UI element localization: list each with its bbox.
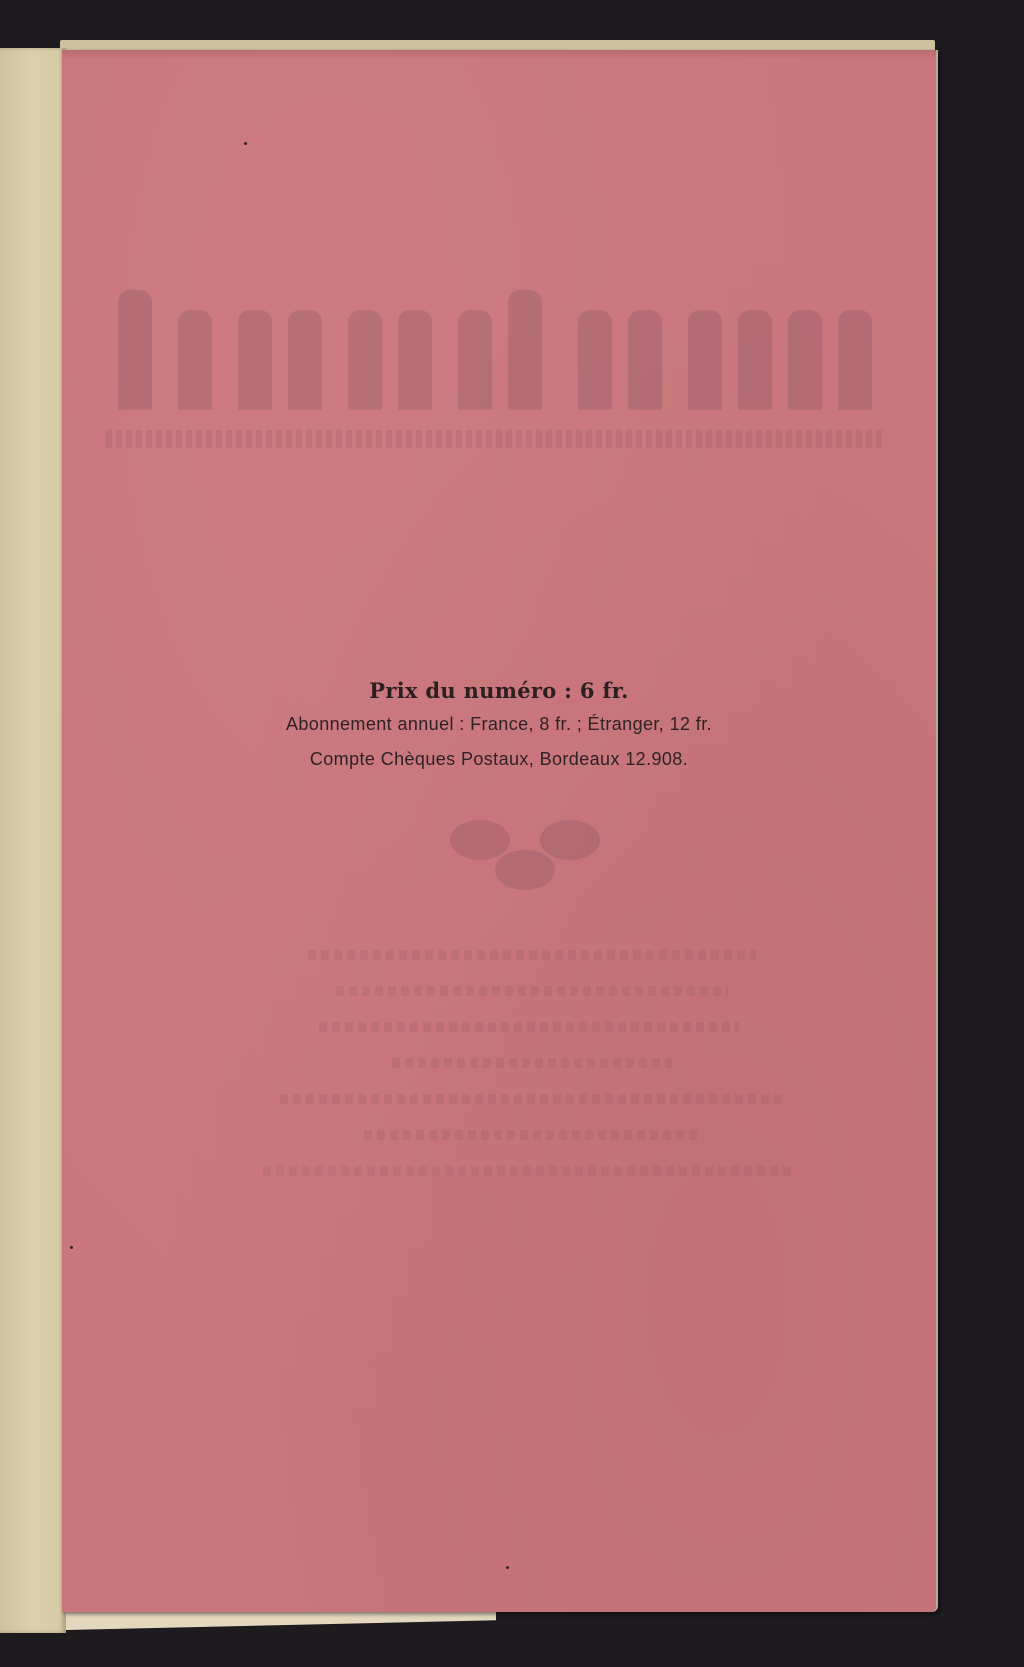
bleed-through-title bbox=[92, 280, 892, 480]
account-line: Compte Chèques Postaux, Bordeaux 12.908. bbox=[62, 742, 936, 776]
paper-speck bbox=[506, 1566, 509, 1569]
cover-text-block: Prix du numéro : 6 fr. Abonnement annuel… bbox=[62, 676, 936, 776]
bleed-through-text bbox=[252, 950, 812, 1290]
bleed-through-emblem bbox=[440, 780, 610, 900]
subscription-line: Abonnement annuel : France, 8 fr. ; Étra… bbox=[62, 706, 936, 742]
paper-speck bbox=[70, 1246, 73, 1249]
paper-speck bbox=[244, 142, 247, 145]
back-cover bbox=[62, 50, 938, 1612]
flyleaf bbox=[0, 48, 66, 1633]
price-line: Prix du numéro : 6 fr. bbox=[62, 676, 936, 706]
